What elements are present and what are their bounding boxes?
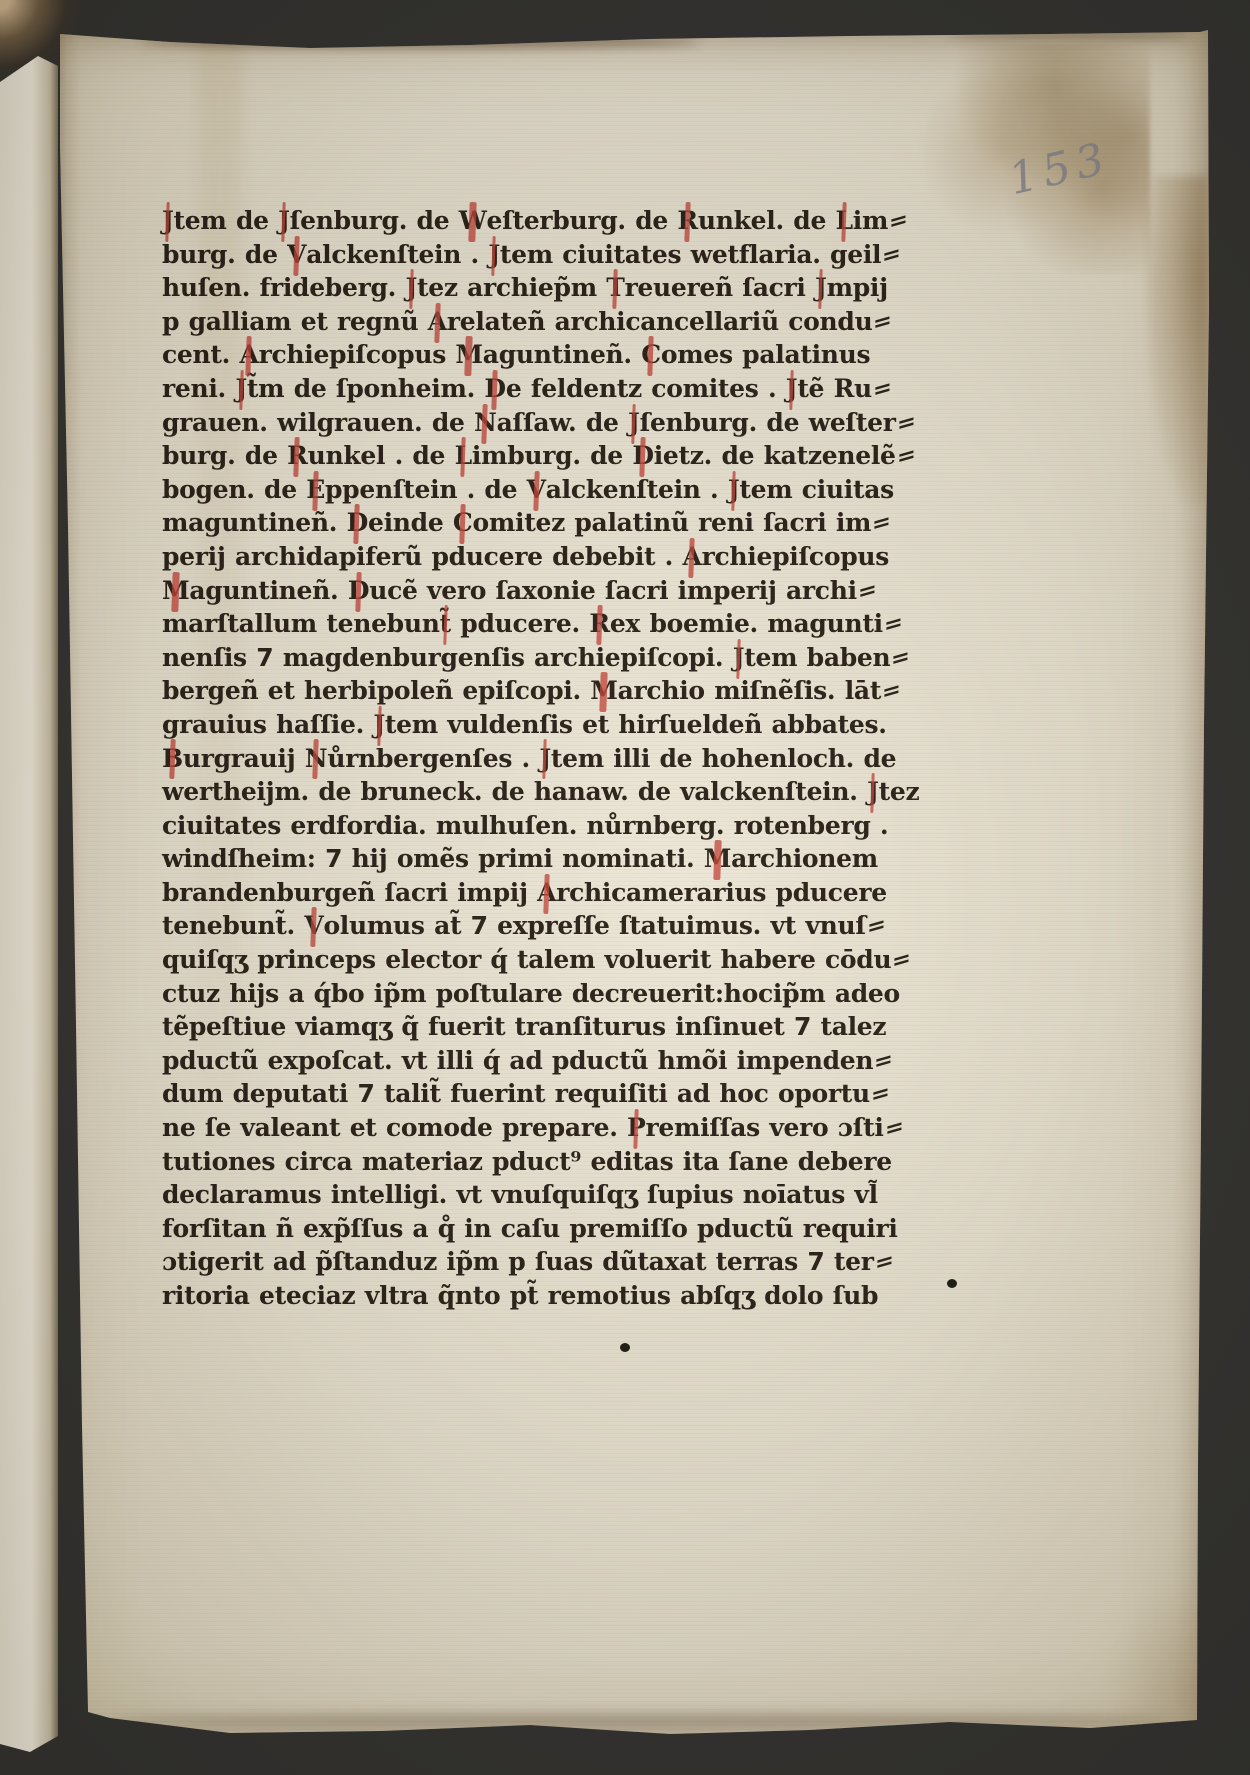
rubricated-letter: M [162, 574, 189, 608]
text-line: grauen. wilgrauen. de Naſſaw. de Jſenbur… [162, 406, 862, 440]
rubricated-letter: R [287, 439, 307, 473]
text-line: forſitan ñ exp̃ſſus a q̊ in caſu premiſſ… [162, 1212, 862, 1246]
text-line: ɔtigerit ad p̃ſtanduz ip̃m p ſuas dũtaxa… [162, 1245, 862, 1279]
rubricated-letter: J [815, 271, 827, 305]
rubricated-letter: J [278, 204, 290, 238]
text-line: reni. Jt̃m de ſponheim. De feldentz comi… [162, 372, 862, 406]
tironian-et: 7 [807, 1247, 824, 1276]
text-line: marſtallum tenebunt̃ pducere. Rex boemie… [162, 607, 862, 641]
rubricated-letter: N [305, 742, 328, 776]
rubricated-letter: M [704, 842, 731, 876]
line-end-hyphen: = [897, 405, 916, 441]
rubricated-letter: D [348, 574, 369, 608]
bottom-edge-browning [110, 1714, 1170, 1728]
stain [1145, 176, 1209, 506]
rubricated-letter: J [162, 204, 174, 238]
line-end-hyphen: = [858, 573, 877, 609]
rubricated-letter: J [488, 238, 500, 272]
rubricated-letter: A [537, 876, 556, 910]
text-line: burg. de Valckenſtein . Jtem ciuitates w… [162, 238, 862, 272]
rubricated-letter: J [405, 271, 417, 305]
rubricated-letter: J [867, 775, 879, 809]
text-line: Jtem de Jſenburg. de Weſterburg. de Runk… [162, 204, 862, 238]
ink-dot [620, 1343, 630, 1352]
rubricated-letter: B [162, 742, 183, 776]
rubricated-letter: J [373, 708, 385, 742]
line-end-hyphen: = [874, 1043, 893, 1079]
rubricated-letter: W [459, 204, 487, 238]
line-end-hyphen: = [873, 371, 892, 407]
text-line: tutiones circa materiaz pduct⁹ editas it… [162, 1145, 862, 1179]
text-line: huſen. frideberg. Jtez archiep̃m Treuere… [162, 271, 862, 305]
rubricated-letter: J [235, 372, 247, 406]
rubricated-letter: P [627, 1111, 646, 1145]
rubricated-letter: C [641, 338, 661, 372]
rubricated-letter: M [590, 674, 617, 708]
text-line: Maguntineñ. Ducẽ vero ſaxonie ſacri impe… [162, 574, 862, 608]
rubricated-letter: J [728, 473, 740, 507]
tironian-et: 7 [471, 911, 488, 940]
manuscript-page: 153 Jtem de Jſenburg. de Weſterburg. de … [50, 26, 1210, 1738]
rubricated-letter: D [632, 439, 653, 473]
ink-dot [947, 1279, 957, 1288]
tironian-et: 7 [325, 844, 342, 873]
rubricated-letter: R [589, 607, 609, 641]
rubricated-letter: T [606, 271, 624, 305]
rubricated-letter: L [455, 439, 472, 473]
line-end-hyphen: = [884, 606, 903, 642]
text-line: ctuz hijs a q́bo ip̃m poſtulare decreuer… [162, 977, 862, 1011]
rubricated-letter: N [474, 406, 497, 440]
tironian-et: 7 [256, 643, 273, 672]
text-line: ciuitates erdfordia. mulhuſen. nůrnberg.… [162, 809, 862, 843]
text-line: bergeñ et herbipoleñ epiſcopi. Marchio m… [162, 674, 862, 708]
rubricated-letter: V [527, 473, 546, 507]
text-line: maguntineñ. Deinde Comitez palatinũ reni… [162, 506, 862, 540]
rubricated-letter: L [835, 204, 852, 238]
text-line: wertheijm. de bruneck. de hanaw. de valc… [162, 775, 862, 809]
stain [1110, 1586, 1220, 1736]
line-end-hyphen: = [875, 1244, 894, 1280]
line-end-hyphen: = [874, 304, 893, 340]
rubricated-letter: A [683, 540, 702, 574]
rubricated-letter: E [306, 473, 325, 507]
text-line: brandenburgeñ ſacri impij Archicamerariu… [162, 876, 862, 910]
line-end-hyphen: = [891, 640, 910, 676]
text-line: perij archidapiferũ pducere debebit . Ar… [162, 540, 862, 574]
text-line: quiſqʒ princeps elector q́ talem volueri… [162, 943, 862, 977]
scan-background: 153 Jtem de Jſenburg. de Weſterburg. de … [0, 0, 1250, 1775]
rubricated-letter: V [304, 909, 323, 943]
rubricated-letter: A [428, 305, 447, 339]
rubricated-letter: R [677, 204, 697, 238]
text-line: ritoria eteciaz vltra q̃nto pt̃ remotius… [162, 1279, 862, 1313]
rubricated-letter: D [484, 372, 505, 406]
text-line: Burgrauij Nůrnbergenſes . Jtem illi de h… [162, 742, 862, 776]
text-line: cent. Archiepiſcopus Maguntineñ. Comes p… [162, 338, 862, 372]
line-end-hyphen: = [885, 1110, 904, 1146]
line-end-hyphen: = [872, 505, 891, 541]
text-line: windſheim: 7 hij omẽs primi nominati. Ma… [162, 842, 862, 876]
text-line: ne ſe valeant et comode prepare. Premiſſ… [162, 1111, 862, 1145]
text-line: p galliam et regnũ Arelateñ archicancell… [162, 305, 862, 339]
rubricated-letter: V [287, 238, 306, 272]
tironian-et: 7 [357, 1079, 374, 1108]
rubricated-letter: C [453, 506, 473, 540]
top-edge-browning [950, 30, 1190, 40]
text-line: tenebunt̃. Volumus at̃ 7 expreſſe ſtatui… [162, 909, 862, 943]
rubricated-letter: M [455, 338, 482, 372]
text-block: Jtem de Jſenburg. de Weſterburg. de Runk… [162, 204, 862, 1313]
rubricated-letter: t̃ [440, 607, 451, 641]
top-edge-browning [140, 36, 700, 48]
text-line: burg. de Runkel . de Limburg. de Dietz. … [162, 439, 862, 473]
text-line: grauius haſſie. Jtem vuldenſis et hirſue… [162, 708, 862, 742]
line-end-hyphen: = [889, 203, 908, 239]
rubricated-letter: J [786, 372, 798, 406]
line-end-hyphen: = [871, 1076, 890, 1112]
previous-page-edge [0, 54, 58, 1754]
tironian-et: 7 [794, 1012, 811, 1041]
text-line: bogen. de Eppenſtein . de Valckenſtein .… [162, 473, 862, 507]
line-end-hyphen: = [882, 237, 901, 273]
line-end-hyphen: = [867, 908, 886, 944]
text-line: tẽpeſtiue viamqʒ q̃ fuerit tranſiturus i… [162, 1010, 862, 1044]
text-line: declaramus intelligi. vt vnuſquiſqʒ ſupi… [162, 1178, 862, 1212]
rubricated-letter: J [628, 406, 640, 440]
line-end-hyphen: = [897, 438, 916, 474]
text-line: nenſis 7 magdenburgenſis archiepiſcopi. … [162, 641, 862, 675]
rubricated-letter: D [347, 506, 368, 540]
text-line: dum deputati 7 talit̃ fuerint requiſiti … [162, 1077, 862, 1111]
rubricated-letter: A [239, 338, 258, 372]
line-end-hyphen: = [892, 942, 911, 978]
rubricated-letter: J [733, 641, 745, 675]
rubricated-letter: J [539, 742, 551, 776]
text-line: pductũ expoſcat. vt illi q́ ad pductũ hm… [162, 1044, 862, 1078]
line-end-hyphen: = [882, 673, 901, 709]
